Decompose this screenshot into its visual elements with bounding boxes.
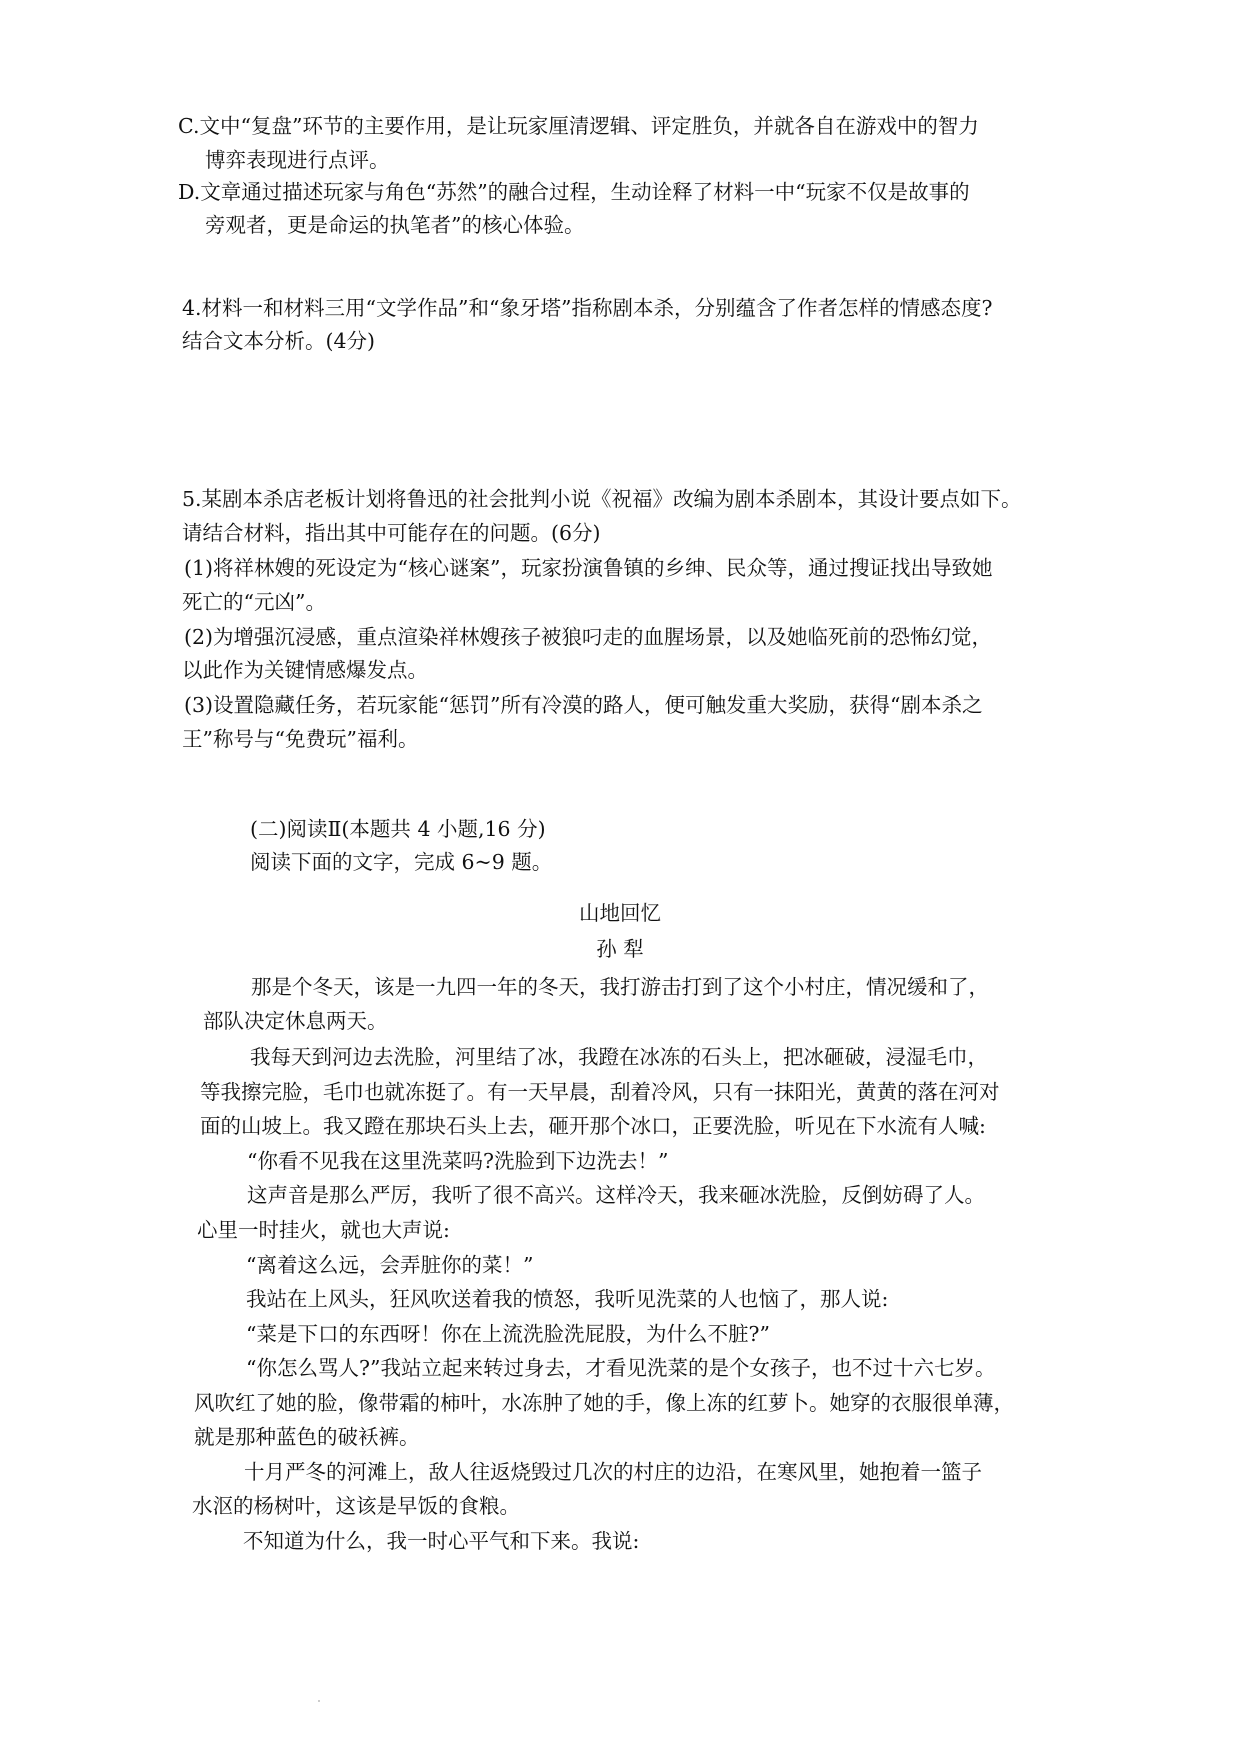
option-d-line-1: D.文章通过描述玩家与角色“苏然”的融合过程，生动诠释了材料一中“玩家不仅是故事… (178, 180, 970, 204)
passage-line: 十月严冬的河滩上，敌人往返烧毁过几次的村庄的边沿，在寒风里，她抱着一篮子 (244, 1460, 982, 1484)
passage-line: 这声音是那么严厉，我听了很不高兴。这样冷天，我来砸冰洗脸，反倒妨碍了人。 (247, 1183, 985, 1207)
option-c-line-1: C.文中“复盘”环节的主要作用，是让玩家厘清逻辑、评定胜负，并就各自在游戏中的智… (178, 114, 979, 138)
section-heading: (二)阅读Ⅱ(本题共 4 小题,16 分) (250, 817, 546, 841)
passage-line: “你怎么骂人?”我站立起来转过身去，才看见洗菜的是个女孩子，也不过十六七岁。 (246, 1356, 995, 1380)
passage-line: “离着这么远，会弄脏你的菜！” (246, 1253, 533, 1277)
question-5-line-1: 5.某剧本杀店老板计划将鲁迅的社会批判小说《祝福》改编为剧本杀剧本，其设计要点如… (182, 487, 1022, 511)
passage-author: 孙 犁 (0, 937, 1240, 961)
question-4-line-1: 4.材料一和材料三用“文学作品”和“象牙塔”指称剧本杀，分别蕴含了作者怎样的情感… (182, 296, 992, 320)
passage-line: 心里一时挂火，就也大声说: (197, 1218, 450, 1242)
passage-line: 等我擦完脸，毛巾也就冻挺了。有一天早晨，刮着冷风，只有一抹阳光，黄黄的落在河对 (200, 1080, 1000, 1104)
passage-line: 风吹红了她的脸，像带霜的柿叶，水冻肿了她的手，像上冻的红萝卜。她穿的衣服很单薄， (194, 1391, 1014, 1415)
passage-line: 我每天到河边去洗脸，河里结了冰，我蹬在冰冻的石头上，把冰砸破，浸湿毛巾， (250, 1045, 988, 1069)
passage-line: 就是那种蓝色的破袄裤。 (194, 1425, 420, 1449)
passage-line: 不知道为什么，我一时心平气和下来。我说: (243, 1529, 639, 1553)
passage-line: “菜是下口的东西呀！你在上流洗脸洗屁股，为什么不脏?” (246, 1322, 770, 1346)
question-5-line-2: 请结合材料，指出其中可能存在的问题。(6分) (182, 521, 601, 545)
question-4-line-2: 结合文本分析。(4分) (182, 329, 375, 353)
option-d-line-2: 旁观者，更是命运的执笔者”的核心体验。 (205, 213, 584, 237)
passage-line: 面的山坡上。我又蹬在那块石头上去，砸开那个冰口，正要洗脸，听见在下水流有人喊: (200, 1114, 986, 1138)
passage-line: 那是个冬天，该是一九四一年的冬天，我打游击打到了这个小村庄，情况缓和了， (251, 975, 989, 999)
question-5-point-3-line-2: 王”称号与“免费玩”福利。 (182, 727, 418, 751)
question-5-point-2-line-2: 以此作为关键情感爆发点。 (182, 658, 428, 682)
passage-title: 山地回忆 (0, 901, 1240, 925)
question-5-point-3-line-1: (3)设置隐藏任务，若玩家能“惩罚”所有冷漠的路人，便可触发重大奖励，获得“剧本… (184, 693, 982, 717)
question-5-point-1-line-1: (1)将祥林嫂的死设定为“核心谜案”，玩家扮演鲁镇的乡绅、民众等，通过搜证找出导… (184, 556, 993, 580)
passage-line: 我站在上风头，狂风吹送着我的愤怒，我听见洗菜的人也恼了，那人说: (246, 1287, 888, 1311)
option-c-line-2: 博弈表现进行点评。 (205, 148, 390, 172)
scan-dot (318, 1700, 320, 1702)
passage-line: 部队决定休息两天。 (203, 1009, 388, 1033)
section-instruction: 阅读下面的文字，完成 6~9 题。 (250, 850, 552, 874)
passage-line: 水沤的杨树叶，这该是早饭的食粮。 (192, 1494, 520, 1518)
passage-line: “你看不见我在这里洗菜吗?洗脸到下边洗去！” (247, 1149, 668, 1173)
question-5-point-1-line-2: 死亡的“元凶”。 (182, 590, 326, 614)
question-5-point-2-line-1: (2)为增强沉浸感，重点渲染祥林嫂孩子被狼叼走的血腥场景，以及她临死前的恐怖幻觉… (184, 625, 992, 649)
